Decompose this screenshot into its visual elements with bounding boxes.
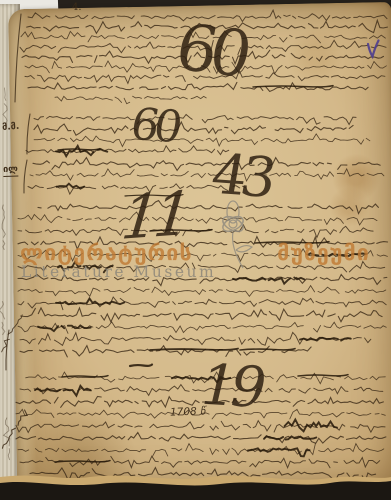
marginal-note: მ.მ.	[2, 123, 20, 133]
watermark-georgian-text: ლიტერატურის მუზეუმი	[20, 243, 370, 265]
page-number: 4.	[72, 3, 82, 13]
large-number-annotation: 60	[171, 16, 250, 87]
year-note: 1708 წ	[170, 406, 206, 418]
marginal-note: ილ	[3, 165, 18, 177]
large-number-annotation: 43	[207, 147, 274, 206]
watermark-english-text: Literature Museum	[21, 265, 216, 281]
manuscript-scan: 4. 6060431119მ.მ.ილ1708 წ ლიტერატურის მუ…	[0, 0, 391, 500]
large-number-annotation: 60	[127, 103, 181, 150]
